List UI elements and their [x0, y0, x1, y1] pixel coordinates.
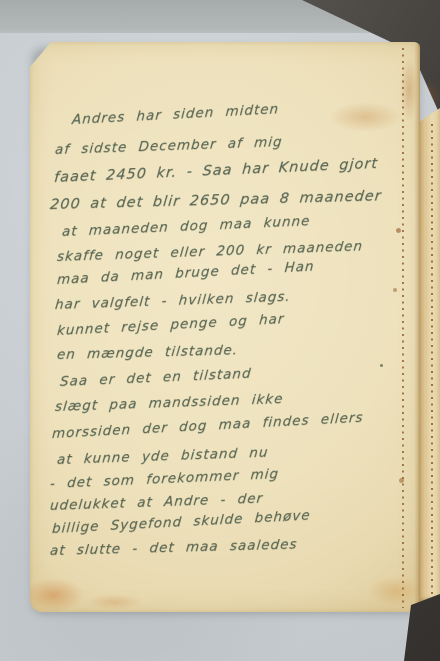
handwritten-line: morssiden der dog maa findes ellers [51, 410, 364, 442]
handwritten-line: at slutte - det maa saaledes [49, 536, 298, 559]
perforation-line-stub [431, 124, 433, 594]
binding-crease [414, 44, 420, 610]
handwritten-line: at kunne yde bistand nu [56, 445, 269, 468]
rust-spot [393, 288, 397, 292]
handwritten-line: af sidste December af mig [54, 134, 283, 158]
handwritten-line: slægt paa mandssiden ikke [54, 391, 284, 415]
handwritten-line: en mængde tilstande. [56, 342, 239, 363]
handwritten-line: - det som forekommer mig [49, 466, 279, 492]
handwritten-line: kunnet rejse penge og har [56, 311, 285, 339]
photo-stage: Andres har siden midten af sidste Decemb… [0, 0, 440, 661]
handwritten-line: at maaneden dog maa kunne [61, 213, 311, 240]
ink-dot [380, 364, 383, 367]
stain [88, 594, 142, 610]
page-stub-strip [419, 108, 440, 602]
manuscript-page: Andres har siden midten af sidste Decemb… [30, 42, 420, 612]
stain [24, 578, 84, 612]
handwritten-line: udelukket at Andre - der [49, 491, 263, 515]
handwritten-line: har valgfelt - hvilken slags. [54, 289, 291, 313]
rust-spot [396, 228, 401, 233]
handwritten-line: Andres har siden midten [71, 101, 279, 128]
handwritten-line: skaffe noget eller 200 kr maaneden [56, 238, 363, 265]
handwritten-line: 200 at det blir 2650 paa 8 maaneder [49, 188, 382, 213]
stain [328, 102, 402, 132]
handwritten-line: Saa er det en tilstand [59, 366, 252, 390]
perforation-line-page [402, 48, 404, 608]
handwritten-line: faaet 2450 kr. - Saa har Knude gjort [53, 156, 378, 186]
